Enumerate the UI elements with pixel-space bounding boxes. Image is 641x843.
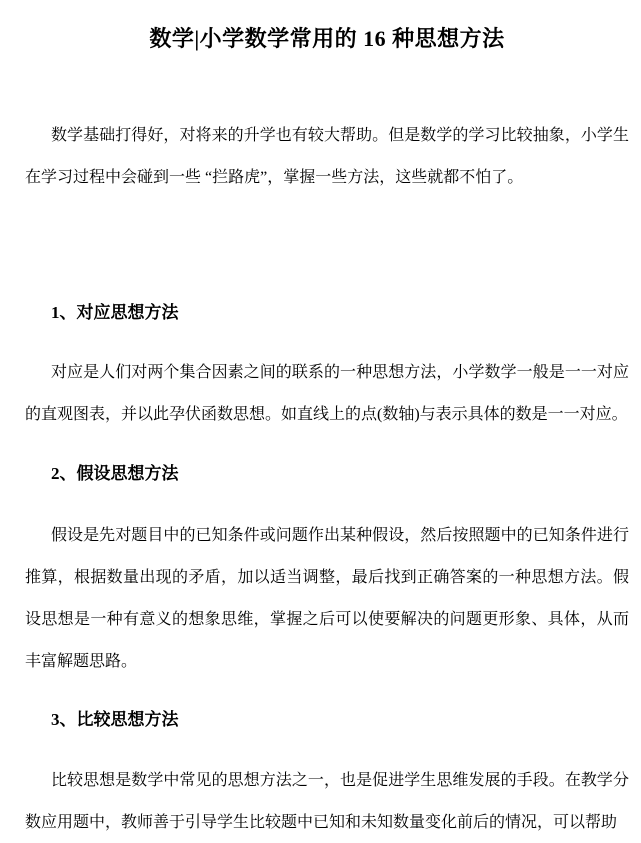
section-3-paragraph: 比较思想是数学中常见的思想方法之一，也是促进学生思维发展的手段。在教学分数应用题…: [25, 760, 629, 843]
intro-paragraph: 数学基础打得好，对将来的升学也有较大帮助。但是数学的学习比较抽象，小学生在学习过…: [25, 115, 629, 199]
section-2-paragraph: 假设是先对题目中的已知条件或问题作出某种假设，然后按照题中的已知条件进行推算，根…: [25, 515, 629, 683]
section-1-paragraph: 对应是人们对两个集合因素之间的联系的一种思想方法，小学数学一般是一一对应的直观图…: [25, 352, 629, 436]
section-3-heading: 3、比较思想方法: [25, 705, 629, 735]
document-page: 数学|小学数学常用的 16 种思想方法 数学基础打得好，对将来的升学也有较大帮助…: [0, 0, 641, 843]
section-3: 3、比较思想方法 比较思想是数学中常见的思想方法之一，也是促进学生思维发展的手段…: [25, 705, 629, 843]
section-1-heading: 1、对应思想方法: [25, 298, 629, 328]
section-1: 1、对应思想方法 对应是人们对两个集合因素之间的联系的一种思想方法，小学数学一般…: [25, 298, 629, 436]
section-2: 2、假设思想方法 假设是先对题目中的已知条件或问题作出某种假设，然后按照题中的已…: [25, 459, 629, 683]
section-2-heading: 2、假设思想方法: [25, 459, 629, 489]
document-title: 数学|小学数学常用的 16 种思想方法: [25, 24, 629, 54]
